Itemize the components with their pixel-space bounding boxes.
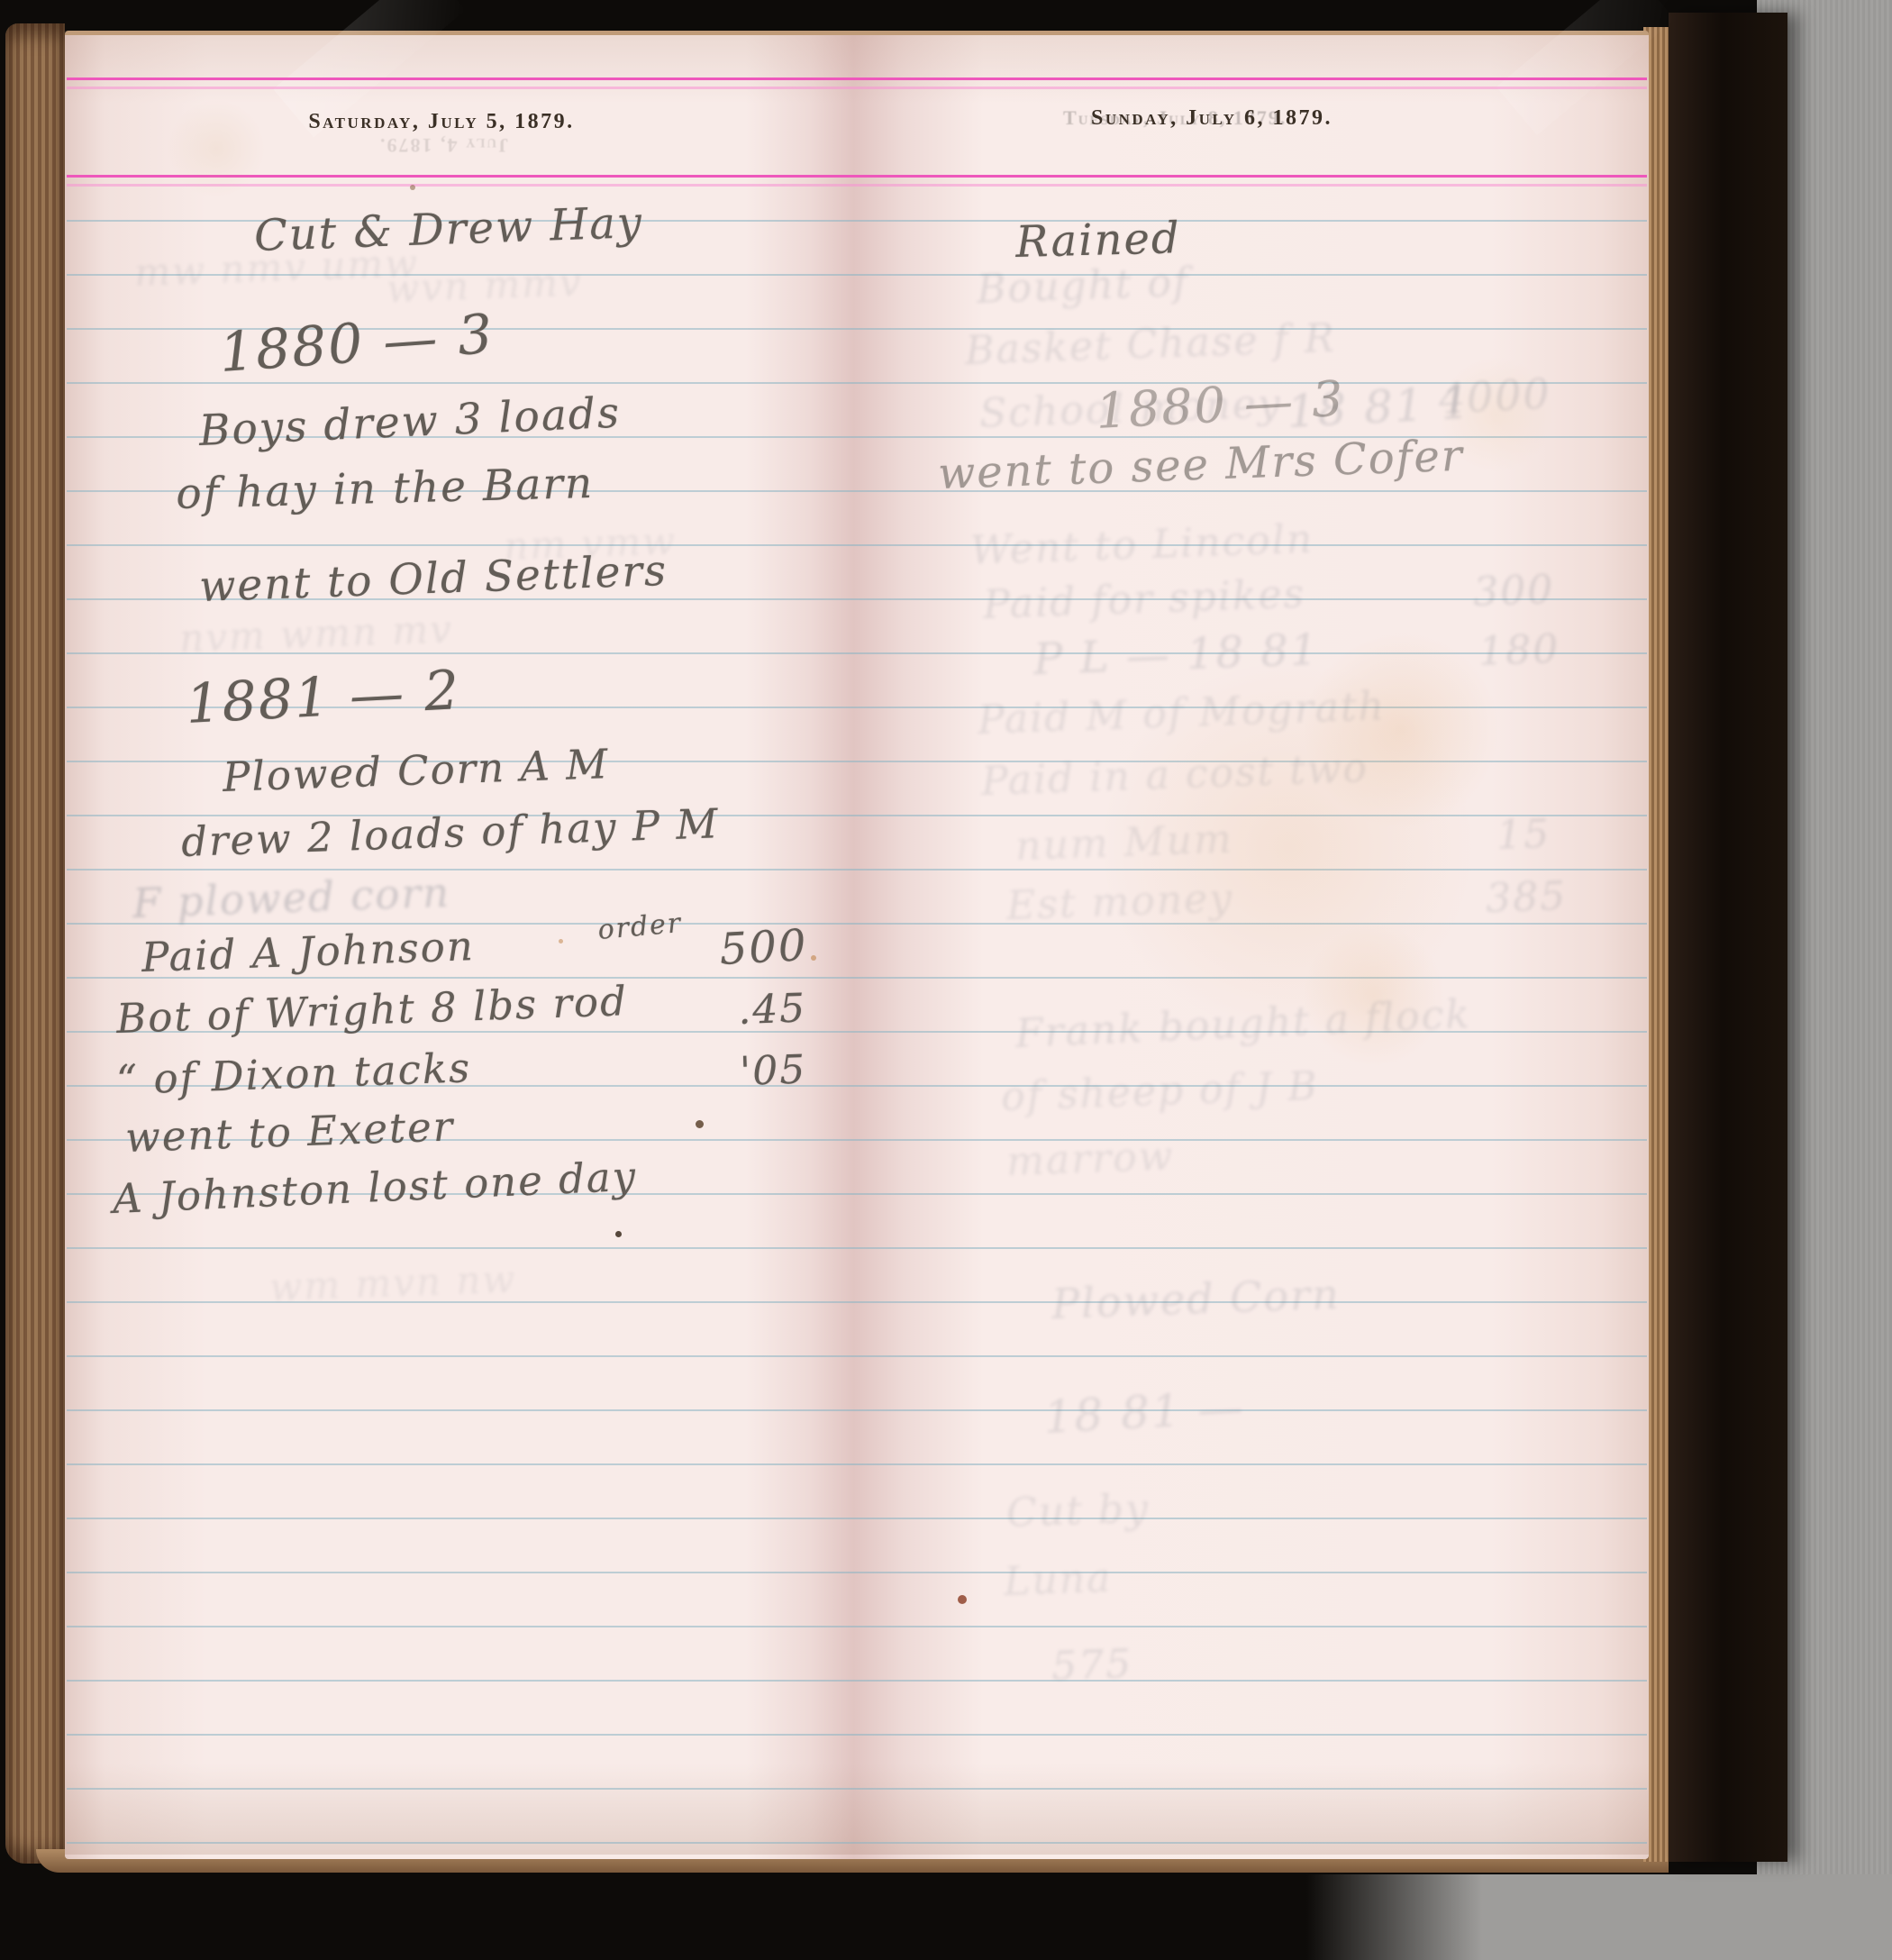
ruled-lines [67,168,1647,1849]
pink-header-line [67,77,1647,80]
left-page-date-header: Saturday, July 5, 1879. [126,110,757,134]
book-page-edges-left [5,23,65,1864]
pink-header-line [67,87,1647,89]
right-page-date-header: Sunday, July 6, 1879. [896,106,1527,131]
pink-header-line [67,184,1647,187]
book-cover-right [1669,13,1787,1862]
ghost-date-header-left: July 4, 1879. [378,133,508,157]
scanner-background-gray-bottom [1306,1874,1892,1960]
scanned-diary-spread: Tuesday, July 8, 1879. July 4, 1879. Sat… [0,0,1892,1960]
pink-header-line [67,175,1647,178]
